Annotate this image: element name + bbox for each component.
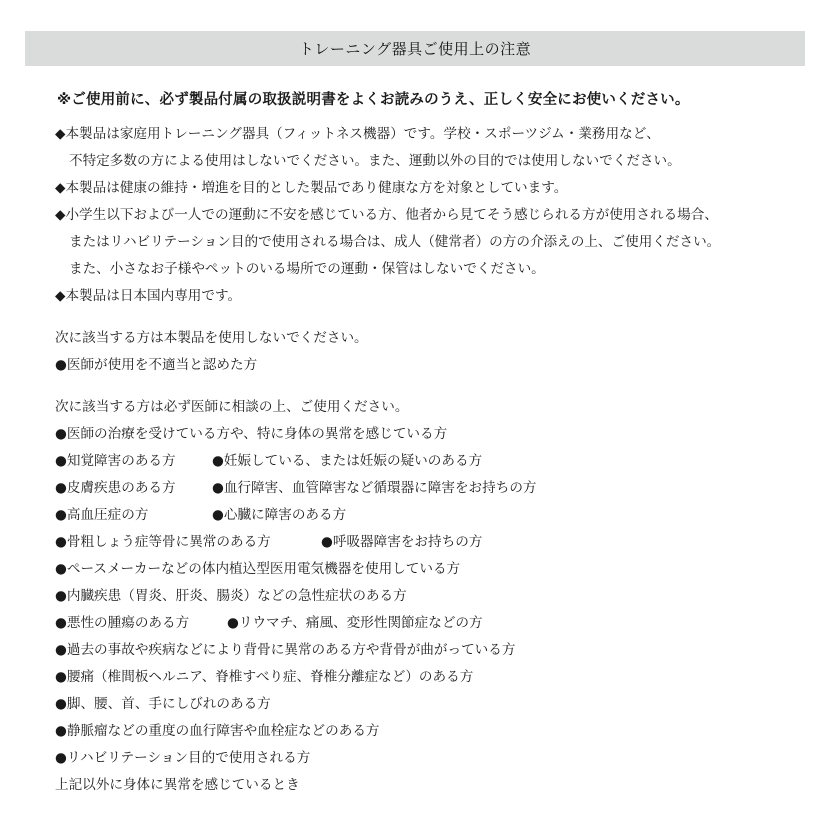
consult-item: ●血行障害、血管障害など循環器に障害をお持ちの方 [212,478,537,498]
consult-item: ●骨粗しょう症等骨に異常のある方 [55,534,271,550]
consult-item: ●リウマチ、痛風、変形性関節症などの方 [227,613,483,633]
consult-heading: 次に該当する方は必ず医師に相談の上、ご使用ください。 [55,397,408,417]
consult-item: ●妊娠している、または妊娠の疑いのある方 [212,451,482,471]
consult-item: ●医師の治療を受けている方や、特に身体の異常を感じている方 [55,424,447,444]
header-bar: トレーニング器具ご使用上の注意 [25,31,805,66]
intro-line: ◆本製品は家庭用トレーニング器具（フィットネス機器）です。学校・スポーツジム・業… [55,124,660,144]
consult-item: ●静脈瘤などの重度の血行障害や血栓症などのある方 [55,721,380,741]
prohibited-heading: 次に該当する方は本製品を使用しないでください。 [55,328,368,348]
important-notice: ※ご使用前に、必ず製品付属の取扱説明書をよくお読みのうえ、正しく安全にお使いくだ… [57,88,690,109]
page-title: トレーニング器具ご使用上の注意 [299,38,531,59]
consult-row: ●高血圧症の方 ●心臓に障害のある方 [55,505,148,525]
consult-item: ●過去の事故や疾病などにより背骨に異常のある方や背骨が曲がっている方 [55,640,515,660]
consult-item: ●高血圧症の方 [55,507,148,523]
consult-row: ●悪性の腫瘍のある方 ●リウマチ、痛風、変形性関節症などの方 [55,613,189,633]
intro-line: 不特定多数の方による使用はしないでください。また、運動以外の目的では使用しないで… [69,151,681,171]
intro-line: ◆本製品は日本国内専用です。 [55,286,241,306]
intro-line: ◆本製品は健康の維持・増進を目的とした製品であり健康な方を対象としています。 [55,178,567,198]
consult-row: ●皮膚疾患のある方 ●血行障害、血管障害など循環器に障害をお持ちの方 [55,478,176,498]
consult-item: ●心臓に障害のある方 [212,505,346,525]
consult-row: ●知覚障害のある方 ●妊娠している、または妊娠の疑いのある方 [55,451,176,471]
intro-line: ◆小学生以下および一人での運動に不安を感じている方、他者から見てそう感じられる方… [55,205,718,225]
consult-item: ●悪性の腫瘍のある方 [55,615,189,631]
intro-line: またはリハビリテーション目的で使用される場合は、成人（健常者）の方の介添えの上、… [69,232,720,252]
consult-footer: 上記以外に身体に異常を感じているとき [55,775,300,795]
consult-item: ●呼吸器障害をお持ちの方 [321,532,482,552]
consult-item: ●脚、腰、首、手にしびれのある方 [55,694,271,714]
consult-item: ●知覚障害のある方 [55,453,176,469]
consult-item: ●内臓疾患（胃炎、肝炎、腸炎）などの急性症状のある方 [55,586,407,606]
consult-item: ●皮膚疾患のある方 [55,480,176,496]
consult-item: ●リハビリテーション目的で使用される方 [55,748,310,768]
consult-row: ●骨粗しょう症等骨に異常のある方 ●呼吸器障害をお持ちの方 [55,532,271,552]
consult-item: ●腰痛（椎間板ヘルニア、脊椎すべり症、脊椎分離症など）のある方 [55,667,473,687]
intro-line: また、小さなお子様やペットのいる場所での運動・保管はしないでください。 [69,259,545,279]
prohibited-item: ●医師が使用を不適当と認めた方 [55,355,257,375]
consult-item: ●ペースメーカーなどの体内植込型医用電気機器を使用している方 [55,559,460,579]
